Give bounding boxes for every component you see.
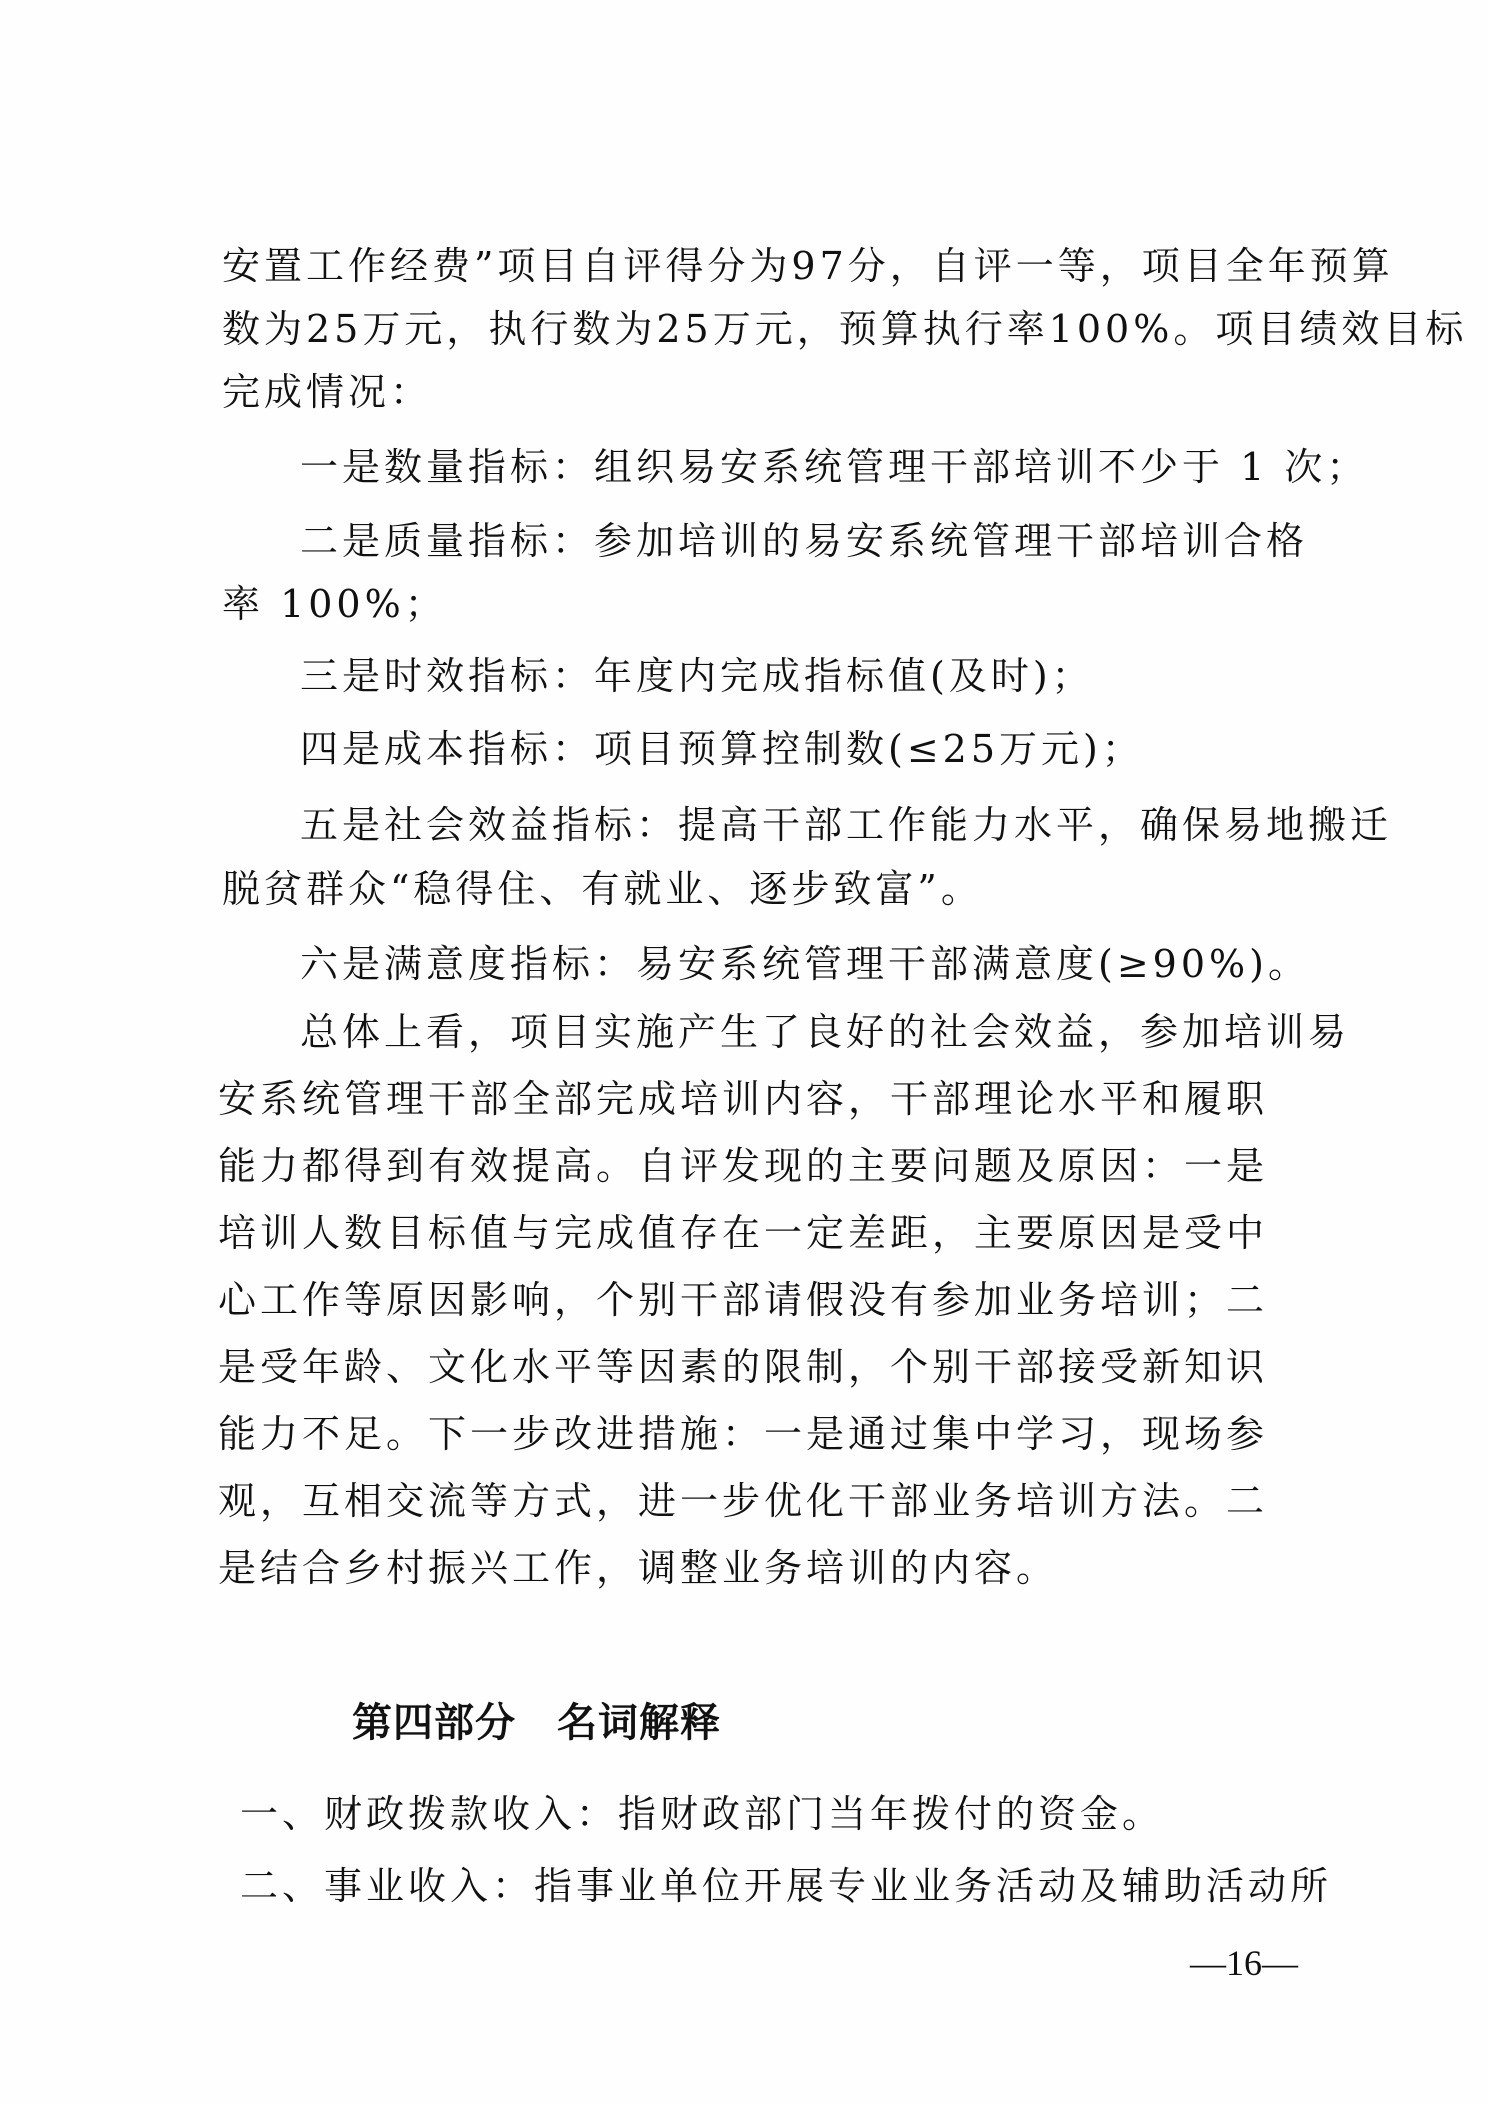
summary-line: 心工作等原因影响，个别干部请假没有参加业务培训；二 bbox=[218, 1281, 1268, 1319]
summary-line: 培训人数目标值与完成值存在一定差距，主要原因是受中 bbox=[218, 1214, 1268, 1252]
page-number: —16— bbox=[1190, 1945, 1298, 1981]
indicator-social-benefit-cont: 脱贫群众“稳得住、有就业、逐步致富”。 bbox=[222, 870, 983, 908]
summary-line: 安系统管理干部全部完成培训内容，干部理论水平和履职 bbox=[218, 1080, 1268, 1118]
indicator-quantity: 一是数量指标：组织易安系统管理干部培训不少于 1 次； bbox=[300, 448, 1368, 486]
summary-line: 是受年龄、文化水平等因素的限制，个别干部接受新知识 bbox=[218, 1348, 1268, 1386]
indicator-timeliness: 三是时效指标：年度内完成指标值(及时)； bbox=[300, 657, 1094, 695]
summary-line: 总体上看，项目实施产生了良好的社会效益，参加培训易 bbox=[300, 1013, 1350, 1051]
paragraph-line: 完成情况： bbox=[222, 373, 432, 411]
section-heading: 第四部分 名词解释 bbox=[352, 1703, 721, 1743]
paragraph-line: 数为25万元，执行数为25万元，预算执行率100%。项目绩效目标 bbox=[222, 310, 1467, 348]
document-page: 安置工作经费”项目自评得分为97分，自评一等，项目全年预算 数为25万元，执行数… bbox=[0, 0, 1488, 2104]
indicator-quality: 二是质量指标：参加培训的易安系统管理干部培训合格 bbox=[300, 522, 1308, 560]
indicator-quality-cont: 率 100%； bbox=[222, 585, 447, 623]
paragraph-line: 安置工作经费”项目自评得分为97分，自评一等，项目全年预算 bbox=[222, 247, 1394, 285]
definition-item: 一、财政拨款收入：指财政部门当年拨付的资金。 bbox=[240, 1795, 1164, 1833]
summary-line: 观，互相交流等方式，进一步优化干部业务培训方法。二 bbox=[218, 1482, 1268, 1520]
indicator-social-benefit: 五是社会效益指标：提高干部工作能力水平，确保易地搬迁 bbox=[300, 806, 1392, 844]
definition-item: 二、事业收入：指事业单位开展专业业务活动及辅助活动所 bbox=[240, 1867, 1332, 1905]
summary-line: 能力都得到有效提高。自评发现的主要问题及原因：一是 bbox=[218, 1147, 1268, 1185]
indicator-satisfaction: 六是满意度指标：易安系统管理干部满意度(≥90%)。 bbox=[300, 945, 1310, 983]
indicator-cost: 四是成本指标：项目预算控制数(≤25万元)； bbox=[300, 730, 1144, 768]
summary-line: 是结合乡村振兴工作，调整业务培训的内容。 bbox=[218, 1549, 1058, 1587]
summary-line: 能力不足。下一步改进措施：一是通过集中学习，现场参 bbox=[218, 1415, 1268, 1453]
